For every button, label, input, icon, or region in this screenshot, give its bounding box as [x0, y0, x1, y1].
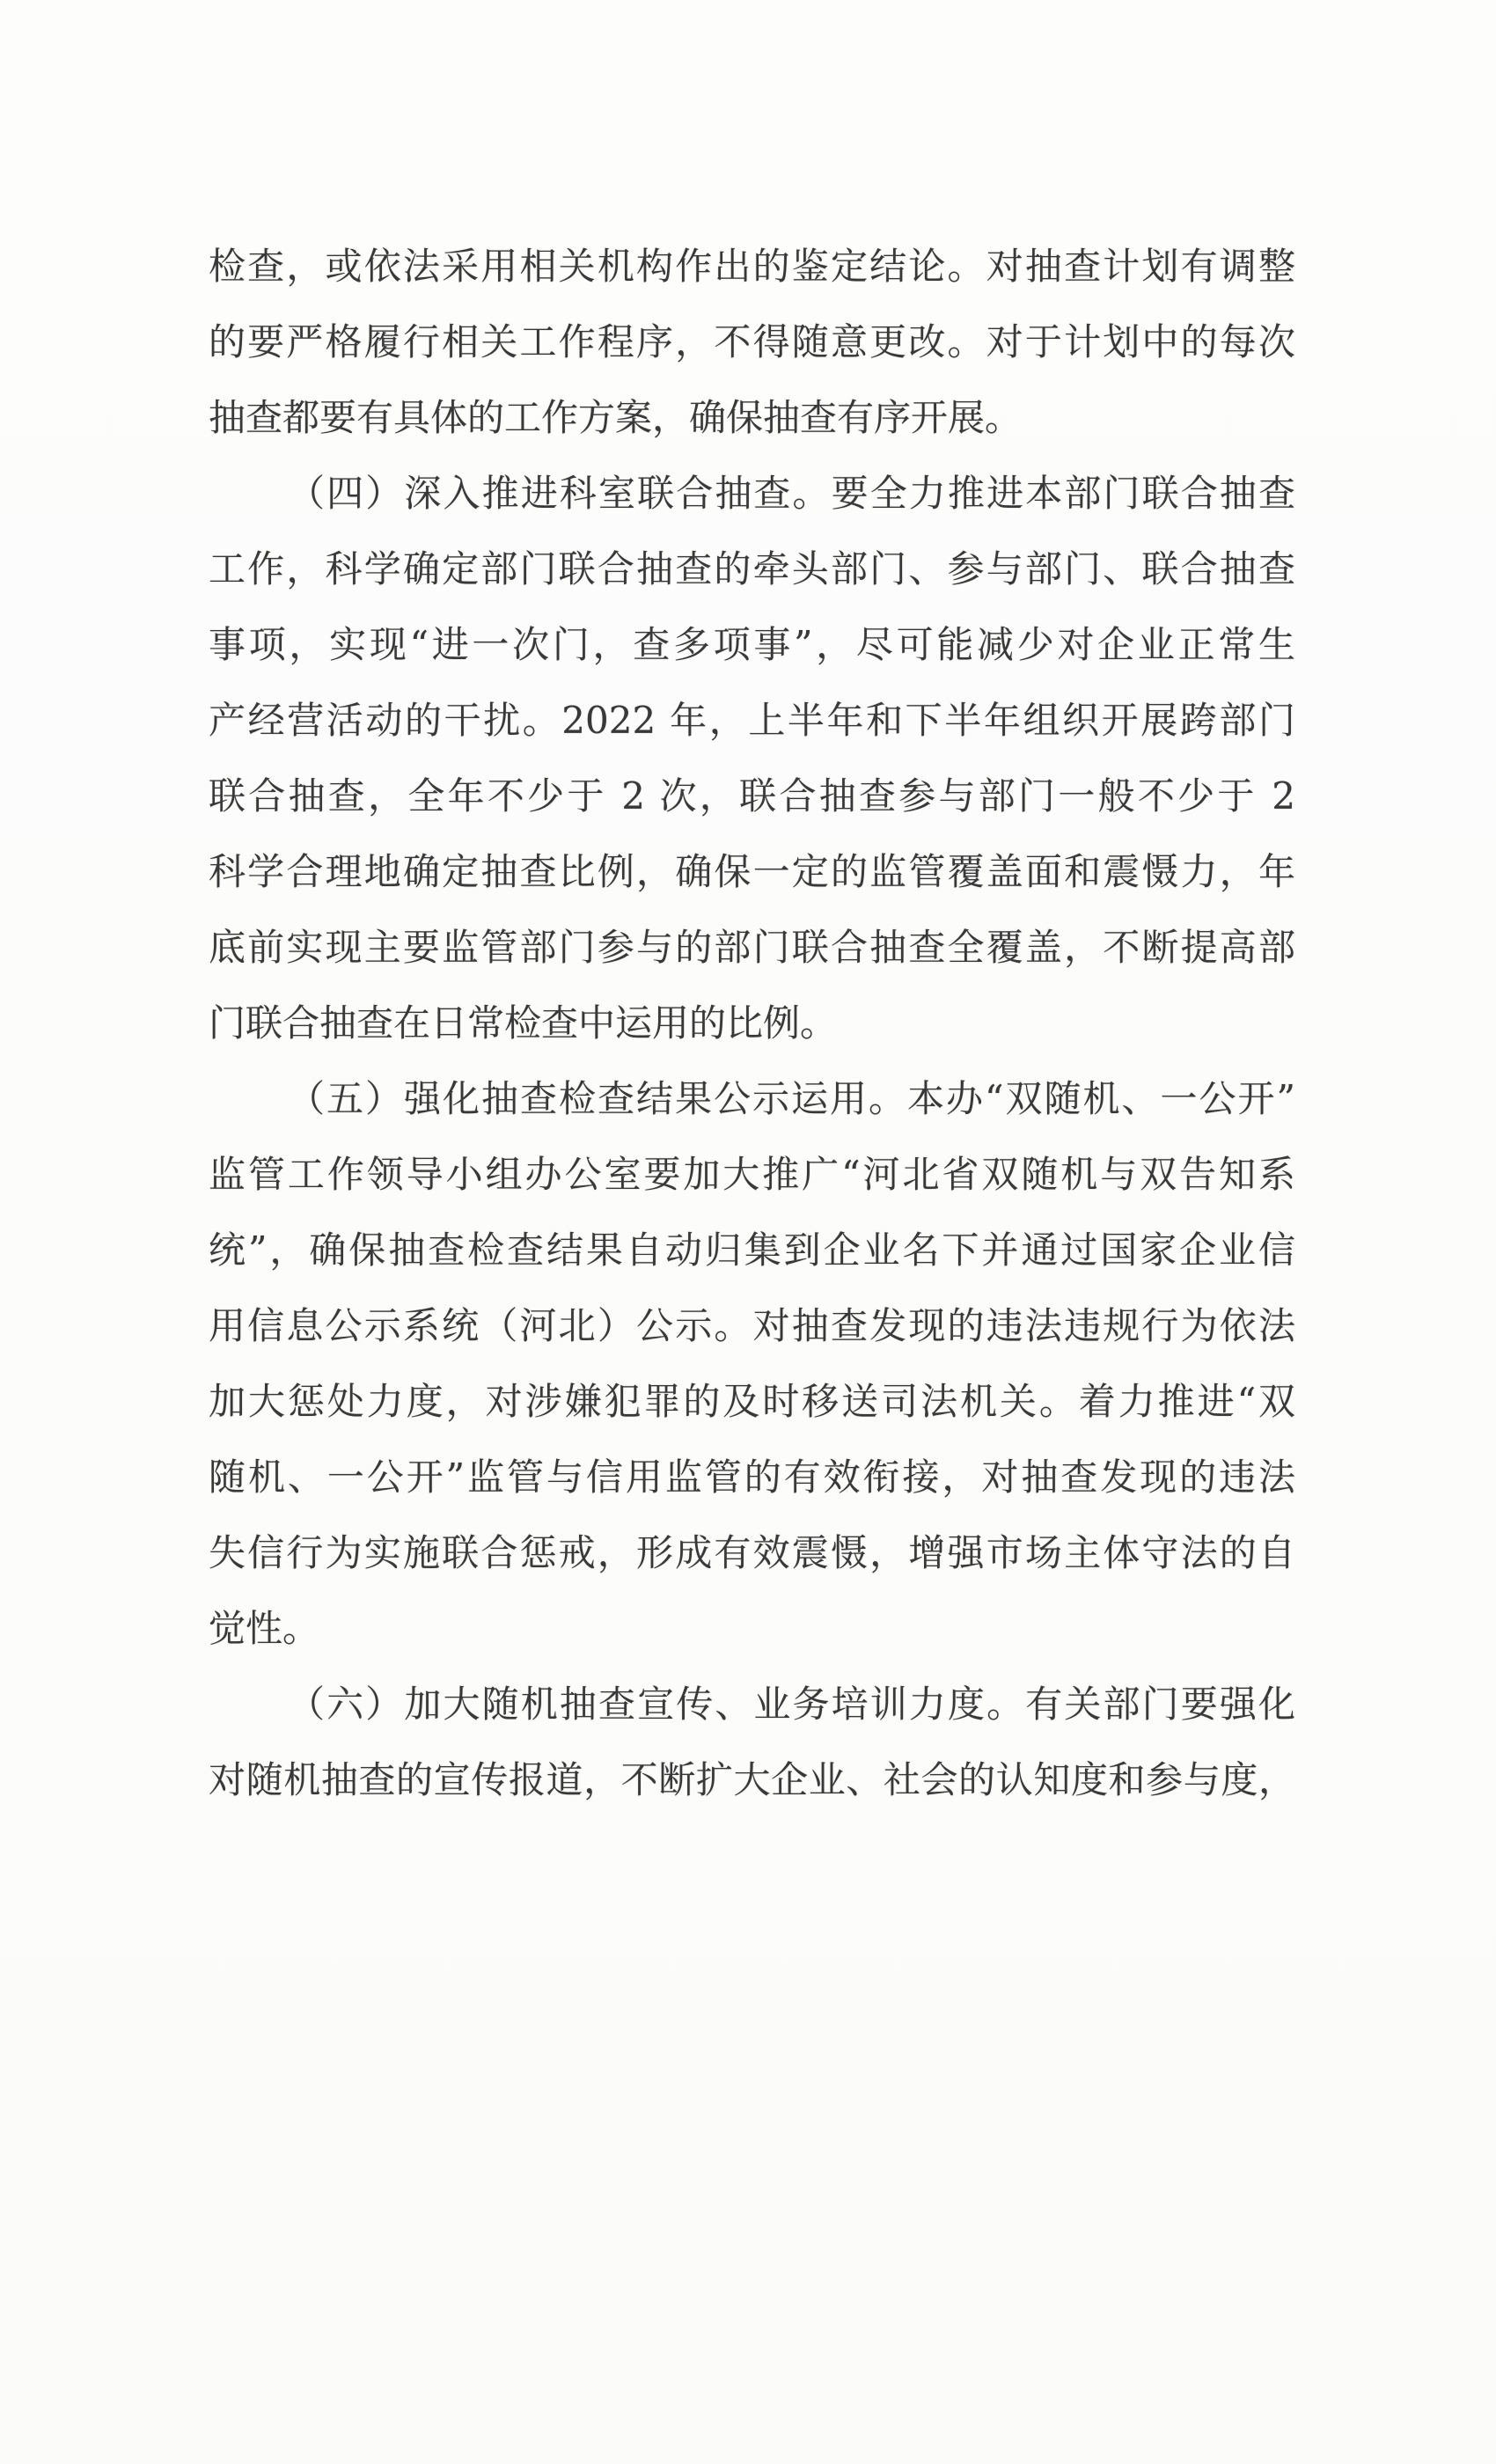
- text-line: （五）强化抽查检查结果公示运用。本办“双随机、一公开”: [209, 1061, 1295, 1137]
- text-line: 检查，或依法采用相关机构作出的鉴定结论。对抽查计划有调整: [209, 229, 1295, 304]
- text-line: （六）加大随机抽查宣传、业务培训力度。有关部门要强化: [209, 1667, 1295, 1742]
- text-line: 随机、一公开”监管与信用监管的有效衔接，对抽查发现的违法: [209, 1440, 1295, 1515]
- text-line: 觉性。: [209, 1591, 1295, 1667]
- text-line: 失信行为实施联合惩戒，形成有效震慑，增强市场主体守法的自: [209, 1515, 1295, 1591]
- text-line: 科学合理地确定抽查比例，确保一定的监管覆盖面和震慑力，年: [209, 834, 1295, 910]
- text-line: 监管工作领导小组办公室要加大推广“河北省双随机与双告知系: [209, 1137, 1295, 1213]
- text-block: 检查，或依法采用相关机构作出的鉴定结论。对抽查计划有调整的要严格履行相关工作程序…: [209, 229, 1295, 1818]
- text-line: 对随机抽查的宣传报道，不断扩大企业、社会的认知度和参与度，: [209, 1742, 1295, 1818]
- document-page: 检查，或依法采用相关机构作出的鉴定结论。对抽查计划有调整的要严格履行相关工作程序…: [0, 0, 1496, 2464]
- text-line: 用信息公示系统（河北）公示。对抽查发现的违法违规行为依法: [209, 1288, 1295, 1364]
- text-line: 事项，实现“进一次门，查多项事”，尽可能减少对企业正常生: [209, 607, 1295, 683]
- text-line: 加大惩处力度，对涉嫌犯罪的及时移送司法机关。着力推进“双: [209, 1364, 1295, 1440]
- text-line: 工作，科学确定部门联合抽查的牵头部门、参与部门、联合抽查: [209, 532, 1295, 607]
- text-line: 抽查都要有具体的工作方案，确保抽查有序开展。: [209, 380, 1295, 456]
- text-line: 产经营活动的干扰。2022 年，上半年和下半年组织开展跨部门: [209, 683, 1295, 759]
- text-line: 底前实现主要监管部门参与的部门联合抽查全覆盖，不断提高部: [209, 910, 1295, 986]
- text-line: （四）深入推进科室联合抽查。要全力推进本部门联合抽查: [209, 456, 1295, 532]
- text-line: 统”，确保抽查检查结果自动归集到企业名下并通过国家企业信: [209, 1213, 1295, 1288]
- text-line: 的要严格履行相关工作程序，不得随意更改。对于计划中的每次: [209, 304, 1295, 380]
- text-line: 联合抽查，全年不少于 2 次，联合抽查参与部门一般不少于 2 个，: [209, 759, 1295, 834]
- text-line: 门联合抽查在日常检查中运用的比例。: [209, 986, 1295, 1061]
